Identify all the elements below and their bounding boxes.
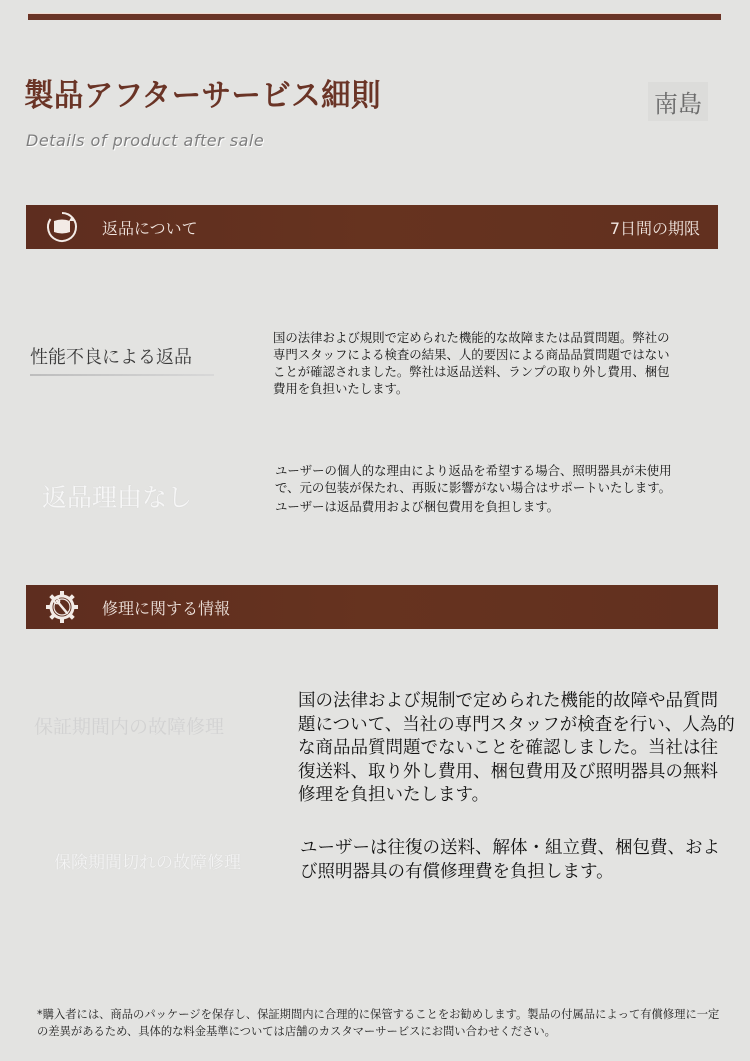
section-title-returns: 返品について [102, 216, 198, 239]
desc-no-reason-return: ユーザーの個人的な理由により返品を希望する場合、照明器具が未使用で、元の包装が保… [275, 462, 675, 515]
label-in-warranty-repair: 保証期間内の故障修理 [34, 712, 224, 739]
page-title: 製品アフターサービス細則 [24, 70, 381, 115]
desc-paragraph: 国の法律および規則で定められた機能的な故障または品質問題。弊社の専門スタッフによ… [273, 329, 673, 397]
desc-in-warranty-repair: 国の法律および規制で定められた機能的故障や品質問題について、当社の専門スタッフが… [298, 690, 735, 808]
label-underline [30, 374, 214, 376]
label-defect-return: 性能不良による返品 [30, 343, 192, 369]
section-header-repair: 修理に関する情報 [26, 585, 718, 629]
desc-paragraph: ユーザーの個人的な理由により返品を希望する場合、照明器具が未使用で、元の包装が保… [275, 462, 675, 496]
label-out-of-warranty-repair: 保険期間切れの故障修理 [54, 848, 241, 873]
return-box-icon [44, 209, 80, 245]
section-header-returns: 返品について 7日間の期限 [26, 205, 718, 249]
desc-out-of-warranty-repair: ユーザーは往復の送料、解体・組立費、梱包費、および照明器具の有償修理費を負担しま… [300, 837, 720, 884]
section-title-repair: 修理に関する情報 [102, 596, 230, 619]
return-period-badge: 7日間の期限 [610, 216, 700, 239]
desc-paragraph: ユーザーは往復の送料、解体・組立費、梱包費、および照明器具の有償修理費を負担しま… [300, 837, 720, 884]
desc-defect-return: 国の法律および規則で定められた機能的な故障または品質問題。弊社の専門スタッフによ… [273, 329, 673, 397]
label-no-reason-return: 返品理由なし [42, 478, 192, 514]
brand-name: 南島 [648, 82, 708, 121]
footnote: *購入者には、商品のパッケージを保存し、保証期間内に合理的に保管することをお勧め… [37, 1006, 727, 1040]
desc-paragraph: 国の法律および規制で定められた機能的故障や品質問題について、当社の専門スタッフが… [298, 690, 735, 808]
page-subtitle: Details of product after sale [26, 131, 264, 150]
desc-paragraph: ユーザーは返品費用および梱包費用を負担します。 [275, 498, 675, 515]
gear-wrench-icon [44, 589, 80, 625]
top-divider [28, 14, 721, 20]
